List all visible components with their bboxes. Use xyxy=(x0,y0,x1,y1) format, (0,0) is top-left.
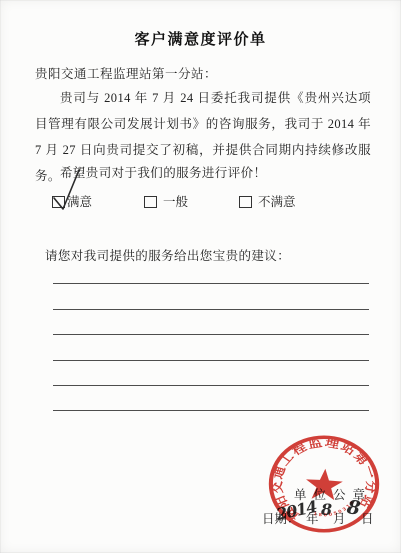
scanned-document-page: 客户满意度评价单 贵阳交通工程监理站第一分站： 贵司与 2014 年 7 月 2… xyxy=(0,0,401,553)
page-title: 客户满意度评价单 xyxy=(0,28,401,49)
suggestion-line[interactable] xyxy=(53,334,369,335)
suggestion-line[interactable] xyxy=(53,360,369,361)
rating-option-average[interactable]: 一般 xyxy=(144,192,188,210)
seal-serial-number: 180050318 xyxy=(310,498,359,521)
company-seal-stamp: 贵阳交通工程监理站第一分站 180050318 xyxy=(266,433,382,535)
handwritten-checkmark-icon xyxy=(46,166,96,216)
salutation: 贵阳交通工程监理站第一分站： xyxy=(35,64,217,82)
suggestion-line[interactable] xyxy=(53,283,369,284)
svg-text:180050318: 180050318 xyxy=(310,498,359,521)
rating-option-unsatisfied[interactable]: 不满意 xyxy=(239,192,296,210)
rating-option-label: 不满意 xyxy=(258,192,296,210)
checkbox-unsatisfied-icon[interactable] xyxy=(239,196,252,208)
suggestion-prompt: 请您对我司提供的服务给出您宝贵的建议： xyxy=(45,246,290,264)
star-icon xyxy=(305,468,344,501)
rating-option-label: 一般 xyxy=(163,192,188,210)
suggestion-line[interactable] xyxy=(53,385,369,386)
checkbox-average-icon[interactable] xyxy=(144,196,157,208)
suggestion-line[interactable] xyxy=(53,410,369,411)
suggestion-line[interactable] xyxy=(53,309,369,310)
